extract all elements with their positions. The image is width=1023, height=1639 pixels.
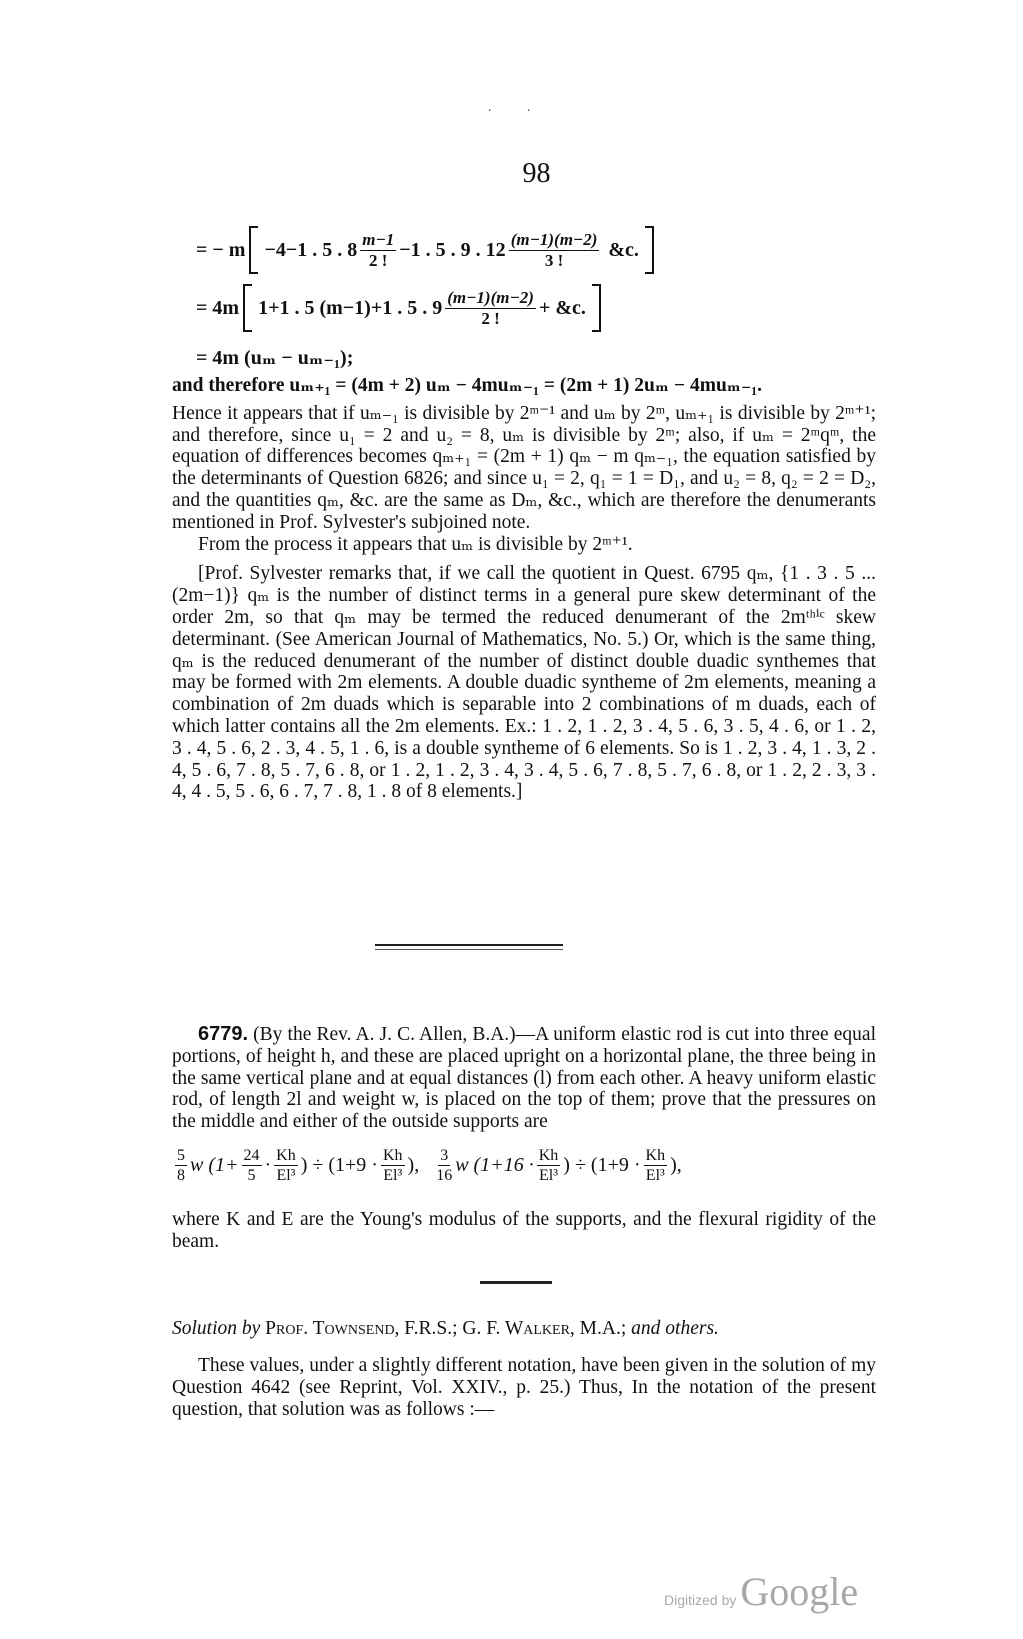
right-bracket — [645, 226, 654, 274]
eq2-term-a: 1+1 . 5 (m−1)+1 . 5 . 9 — [258, 297, 442, 320]
body-text: and therefore uₘ₊₁ = (4m + 2) uₘ − 4muₘ₋… — [172, 375, 876, 803]
eq2-term-b: + &c. — [539, 297, 586, 320]
paragraph-process: From the process it appears that uₘ is d… — [172, 534, 876, 556]
book-page: . . 98 = − m −4−1 . 5 . 8 m−1 2 ! −1 . 5… — [0, 0, 1023, 1639]
therefore-line: and therefore uₘ₊₁ = (4m + 2) uₘ − 4muₘ₋… — [172, 375, 876, 397]
solution-body: These values, under a slightly different… — [172, 1355, 876, 1420]
eq1-fraction-1: m−1 2 ! — [360, 230, 396, 271]
eq1-term-a: −4−1 . 5 . 8 — [264, 239, 357, 262]
eq1-term-c: &c. — [608, 239, 639, 262]
equation-line-3: = 4m (uₘ − uₘ₋₁); — [196, 345, 353, 370]
question-author: (By the Rev. A. J. C. Allen, B.A.) — [253, 1024, 516, 1045]
question-closing: where K and E are the Young's modulus of… — [172, 1209, 876, 1253]
eq1-lead: = − m — [196, 239, 245, 262]
equation-line-2: = 4m 1+1 . 5 (m−1)+1 . 5 . 9 (m−1)(m−2) … — [196, 284, 601, 332]
question-number: 6779. — [198, 1023, 248, 1045]
left-bracket — [243, 284, 252, 332]
equation-line-1: = − m −4−1 . 5 . 8 m−1 2 ! −1 . 5 . 9 . … — [196, 226, 654, 274]
page-number: 98 — [0, 158, 1023, 190]
solution-by-label: Solution by — [172, 1318, 260, 1339]
solution-header: Solution by Prof. Townsend, F.R.S.; G. F… — [172, 1318, 876, 1340]
right-bracket — [592, 284, 601, 332]
solution-authors: Prof. Townsend, F.R.S.; G. F. Walker, M.… — [265, 1318, 626, 1339]
question-6779: 6779. (By the Rev. A. J. C. Allen, B.A.)… — [172, 1024, 876, 1133]
section-divider-single — [480, 1281, 552, 1284]
eq1-term-b: −1 . 5 . 9 . 12 — [399, 239, 505, 262]
stray-marks: . . — [488, 100, 547, 116]
eq2-fraction: (m−1)(m−2) 2 ! — [445, 288, 536, 329]
solution-others: and others. — [631, 1318, 719, 1339]
section-divider-double — [375, 944, 563, 950]
left-bracket — [249, 226, 258, 274]
eq1-fraction-2: (m−1)(m−2) 3 ! — [509, 230, 600, 271]
watermark-prefix: Digitized by — [664, 1592, 736, 1608]
google-logo: Google — [740, 1568, 858, 1615]
paragraph-hence: Hence it appears that if uₘ₋₁ is divisib… — [172, 403, 876, 534]
paragraph-sylvester-note: [Prof. Sylvester remarks that, if we cal… — [172, 563, 876, 803]
google-watermark: Digitized by Google — [664, 1568, 858, 1615]
eq2-lead: = 4m — [196, 297, 239, 320]
pressure-formula: 58 w (1+ 245 · KhEl³ ) ÷ (1+9 · KhEl³ ),… — [172, 1146, 682, 1185]
